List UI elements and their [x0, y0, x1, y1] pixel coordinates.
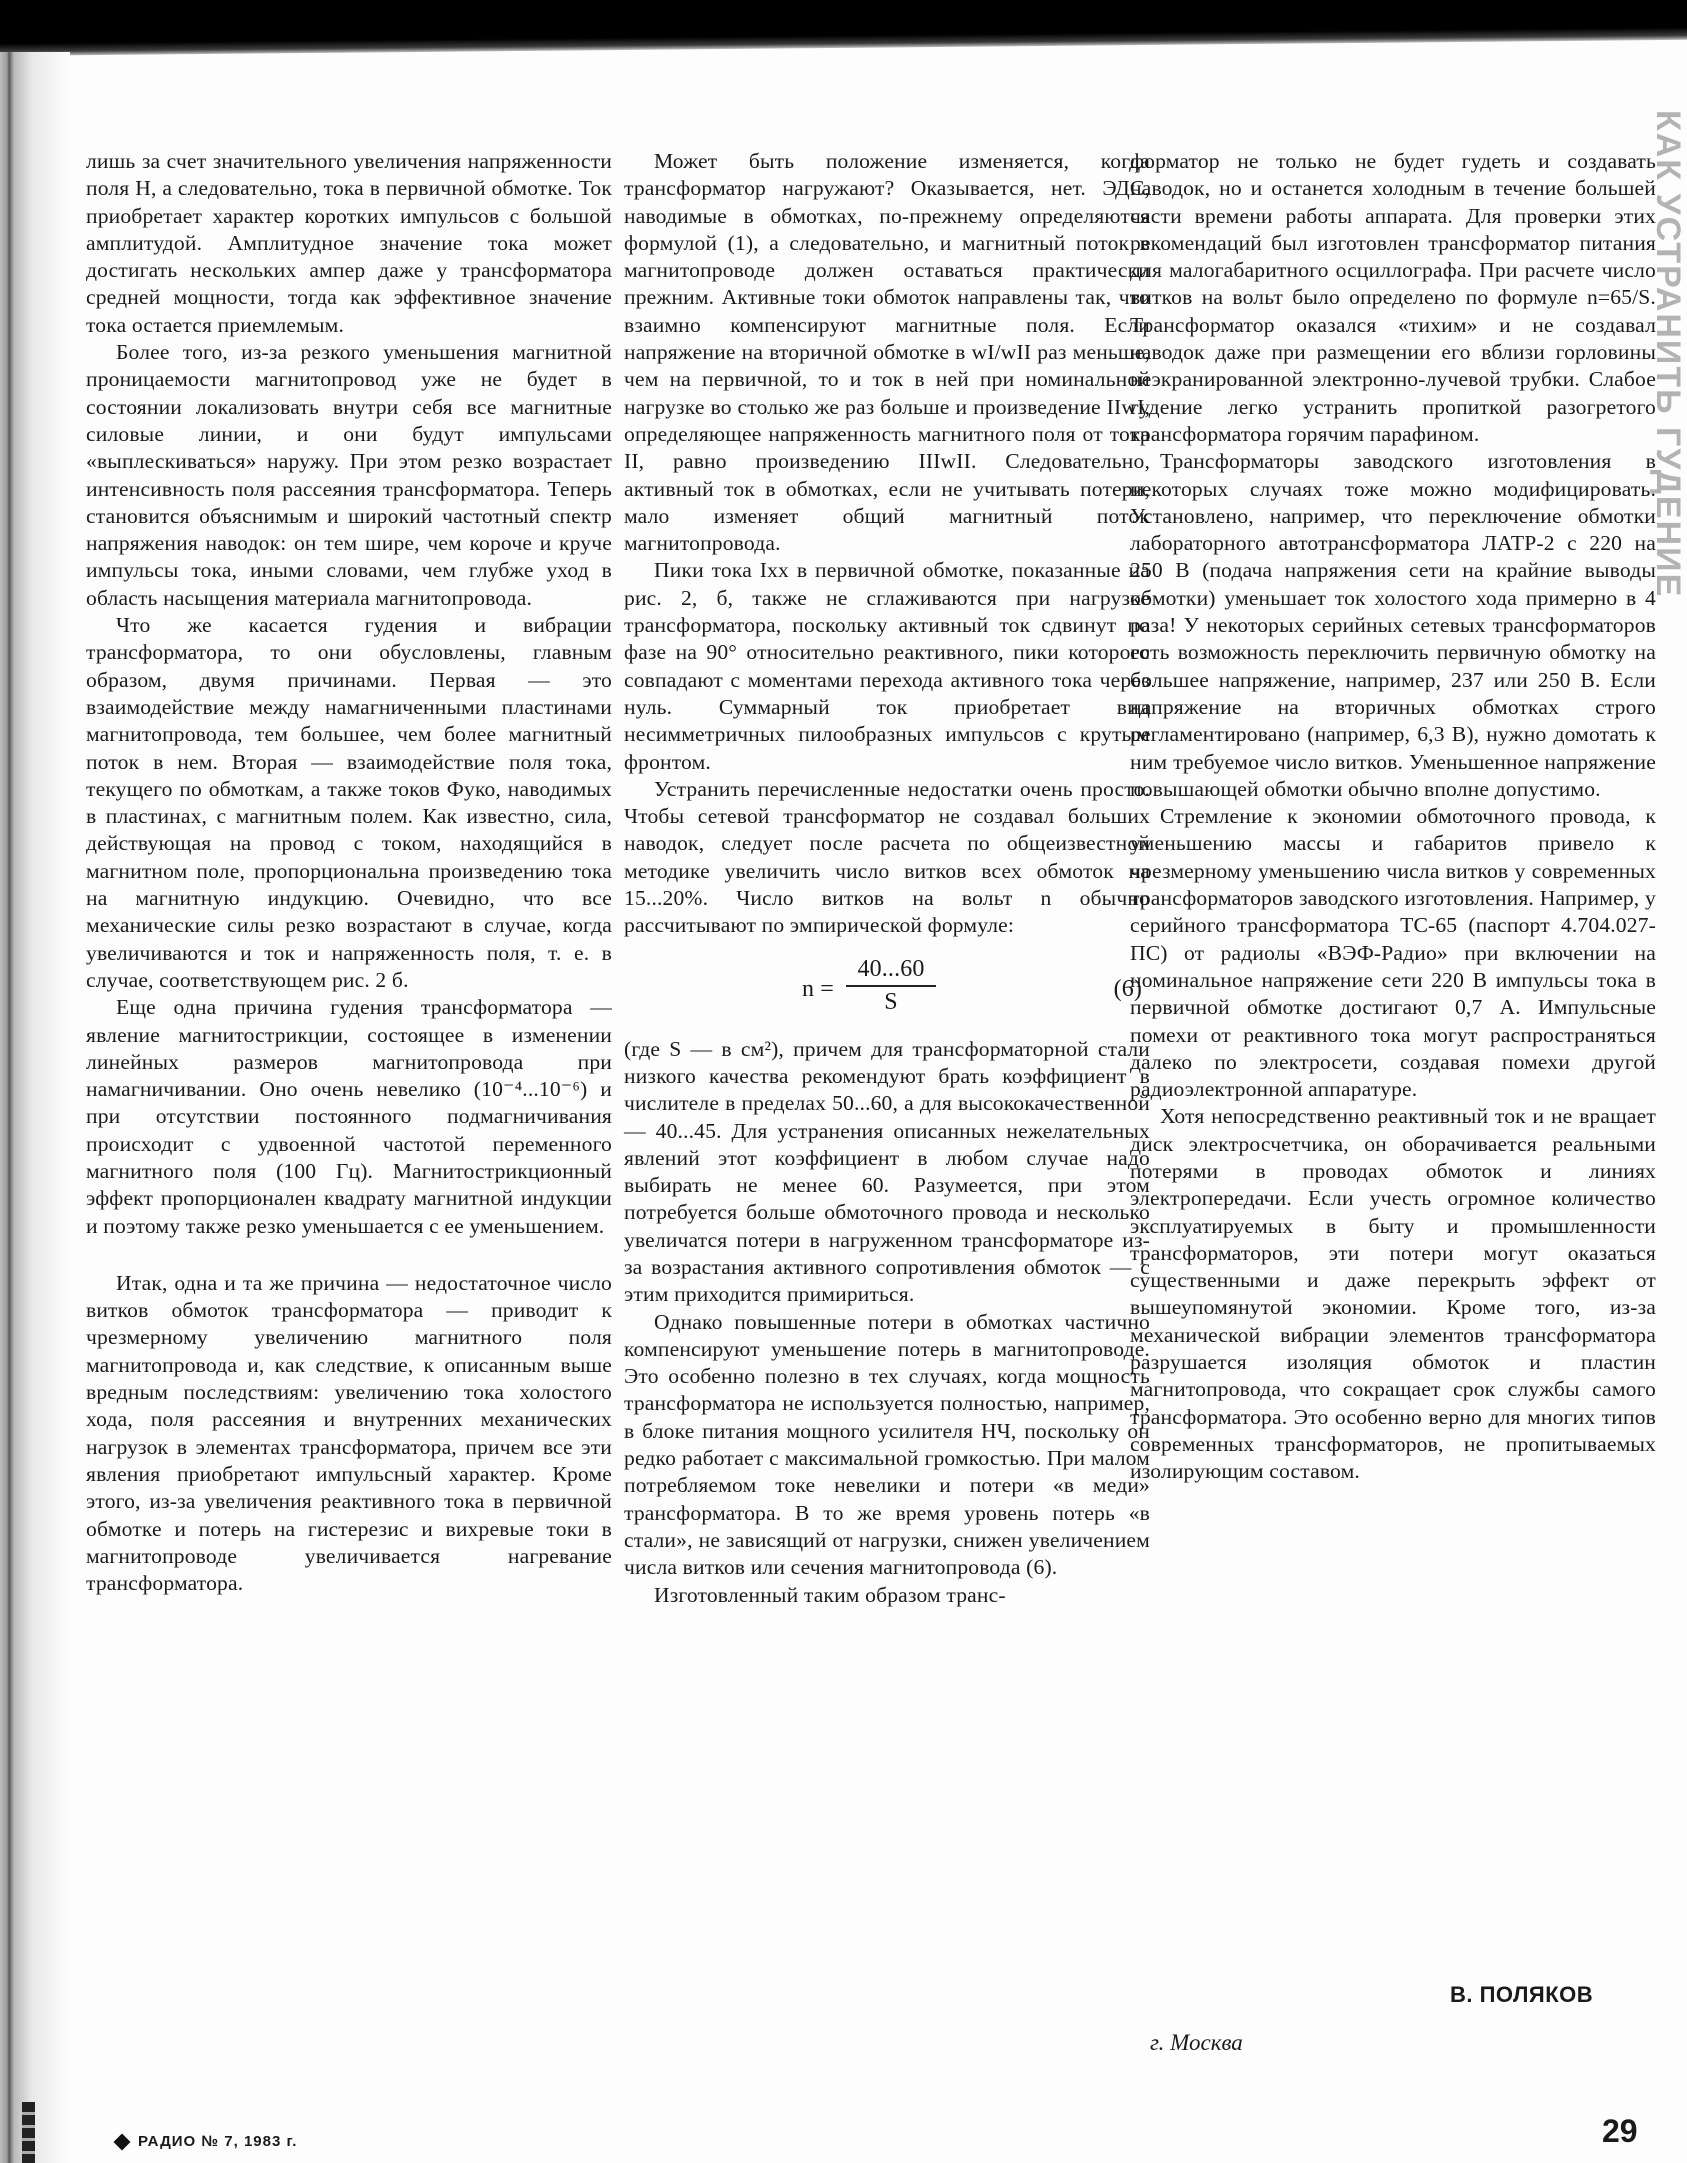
paragraph: форматор не только не будет гудеть и соз…: [1130, 148, 1656, 448]
page-number: 29: [1602, 2113, 1638, 2150]
issue-label: РАДИО № 7, 1983 г.: [138, 2133, 297, 2150]
paragraph: (где S — в см²), причем для трансформато…: [624, 1036, 1150, 1309]
article-column-1: лишь за счет значительного увеличения на…: [86, 148, 612, 1597]
formula-lhs: n =: [802, 976, 834, 1003]
article-column-2: Может быть положение изменяется, когда т…: [624, 148, 1150, 1609]
paragraph: Может быть положение изменяется, когда т…: [624, 148, 1150, 557]
spine-marks: [22, 2102, 35, 2163]
paragraph: Изготовленный таким образом транс-: [624, 1582, 1150, 1609]
paragraph: Устранить перечисленные недостатки очень…: [624, 776, 1150, 940]
paragraph: Стремление к экономии обмоточного провод…: [1130, 803, 1656, 1103]
formula-numerator: 40...60: [846, 956, 936, 987]
paragraph: Трансформаторы заводского изготовления в…: [1130, 448, 1656, 803]
scan-binding-gutter: [0, 52, 70, 2163]
diamond-icon: [114, 2133, 131, 2150]
scan-top-shadow: [0, 0, 1687, 56]
paragraph: Что же касается гудения и вибрации транс…: [86, 612, 612, 994]
formula-denominator: S: [846, 987, 936, 1016]
paragraph: Однако повышенные потери в обмотках част…: [624, 1309, 1150, 1582]
article-column-3: форматор не только не будет гудеть и соз…: [1130, 148, 1656, 1486]
magazine-footer: РАДИО № 7, 1983 г.: [116, 2133, 297, 2150]
paragraph: Пики тока Ixx в первичной обмотке, показ…: [624, 557, 1150, 775]
author-city: г. Москва: [1150, 2030, 1243, 2056]
formula-fraction: 40...60 S: [846, 956, 936, 1017]
paragraph: Более того, из-за резкого уменьшения маг…: [86, 339, 612, 612]
paragraph: Итак, одна и та же причина — недостаточн…: [86, 1270, 612, 1598]
paragraph: Еще одна причина гудения трансформатора …: [86, 994, 612, 1240]
paragraph: лишь за счет значительного увеличения на…: [86, 148, 612, 339]
author-byline: В. ПОЛЯКОВ: [1450, 1982, 1593, 2008]
paragraph: Хотя непосредственно реактивный ток и не…: [1130, 1103, 1656, 1485]
formula-6: n = 40...60 S (6): [624, 956, 1150, 1028]
